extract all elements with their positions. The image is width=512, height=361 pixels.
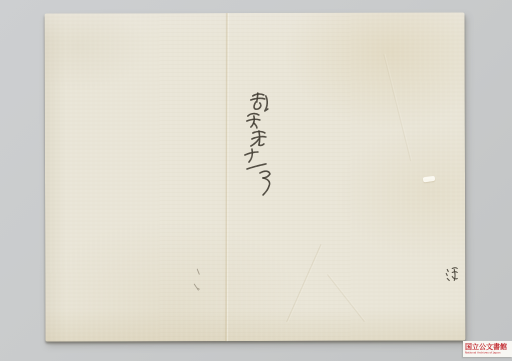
diagonal-crease	[383, 54, 412, 161]
archives-watermark: 国立公文書館 National Archives of Japan	[463, 341, 512, 357]
diagonal-crease	[327, 274, 366, 322]
paper-scuff-mark	[423, 176, 436, 183]
vertical-fold-crease	[225, 13, 230, 341]
watermark-subtitle: National Archives of Japan	[465, 351, 500, 355]
diagonal-crease	[286, 244, 322, 323]
ink-check-mark	[444, 264, 458, 283]
document-paper: 勅令第十一号 済	[45, 12, 466, 341]
photo-background: 勅令第十一号 済 国立公文書館 National Archives of Jap…	[0, 0, 512, 361]
calligraphy-inscription	[235, 83, 295, 213]
pencil-marks	[190, 266, 205, 294]
watermark-title: 国立公文書館	[465, 343, 507, 351]
